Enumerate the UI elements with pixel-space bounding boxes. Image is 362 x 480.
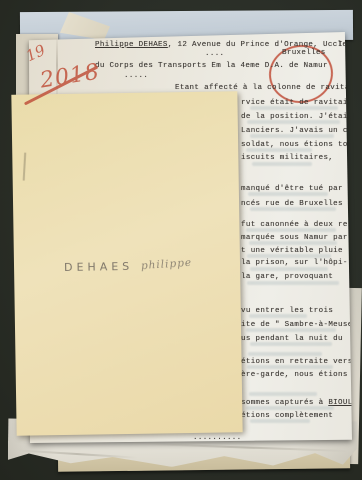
bleedthrough-line: [246, 148, 312, 152]
bleedthrough-line: [247, 365, 333, 369]
bleedthrough-line: [250, 342, 332, 346]
bleedthrough-line: [246, 406, 334, 410]
archival-number-top: 19: [23, 41, 48, 65]
bleedthrough-line: [250, 267, 328, 271]
pencil-firstname: philippe: [141, 257, 193, 272]
pencil-surname: DEHAES: [64, 260, 133, 274]
typed-text-line: I: [338, 41, 343, 49]
bleedthrough-line: [246, 328, 336, 332]
typed-text-line: la gare, provoquant: [241, 273, 333, 281]
typed-text-line: Philippe DEHAES, 12 Avenue du Prince d'O…: [95, 41, 362, 49]
bleedthrough-line: [247, 254, 331, 258]
bleedthrough-line: [252, 162, 312, 166]
bleedthrough-line: [248, 352, 322, 356]
typed-text-line: iscuits militaires,: [241, 154, 333, 162]
archival-number-bottom: 2018: [38, 59, 101, 93]
paper-wrinkle: [18, 449, 138, 458]
pencil-scratch-mark: [23, 153, 26, 181]
typed-text-line: ..........: [193, 434, 242, 442]
typed-text-line: la prison, sur l'hôpi-: [241, 259, 348, 267]
bleedthrough-line: [249, 241, 337, 245]
scanned-archive-photo: Philippe DEHAES, 12 Avenue du Prince d'O…: [0, 0, 362, 480]
bleedthrough-line: [246, 228, 336, 232]
bleedthrough-line: [250, 134, 334, 138]
bleedthrough-line: [247, 120, 340, 124]
bleedthrough-line: [247, 281, 339, 285]
pencil-name-annotation: DEHAESphilippe: [64, 256, 193, 276]
paper-wrinkle: [148, 443, 348, 452]
red-archival-number-annotation: 19 2018: [18, 40, 114, 102]
bleedthrough-line: [249, 314, 307, 318]
bleedthrough-line: [250, 419, 310, 423]
bleedthrough-line: [250, 207, 336, 211]
typed-text-line: .....: [124, 72, 148, 80]
bleedthrough-line: [249, 392, 317, 396]
typed-text-line: ....: [205, 50, 224, 58]
typed-text-line: ère-garde, nous étions: [241, 371, 348, 379]
typed-text-line: Bruxelles: [282, 49, 326, 57]
bleedthrough-line: [250, 106, 338, 110]
yellow-cover-sheet: DEHAESphilippe: [11, 91, 242, 436]
bleedthrough-line: [248, 192, 328, 196]
typed-text-line: du Corps des Transports Em la 4eme D.A. …: [95, 62, 328, 70]
